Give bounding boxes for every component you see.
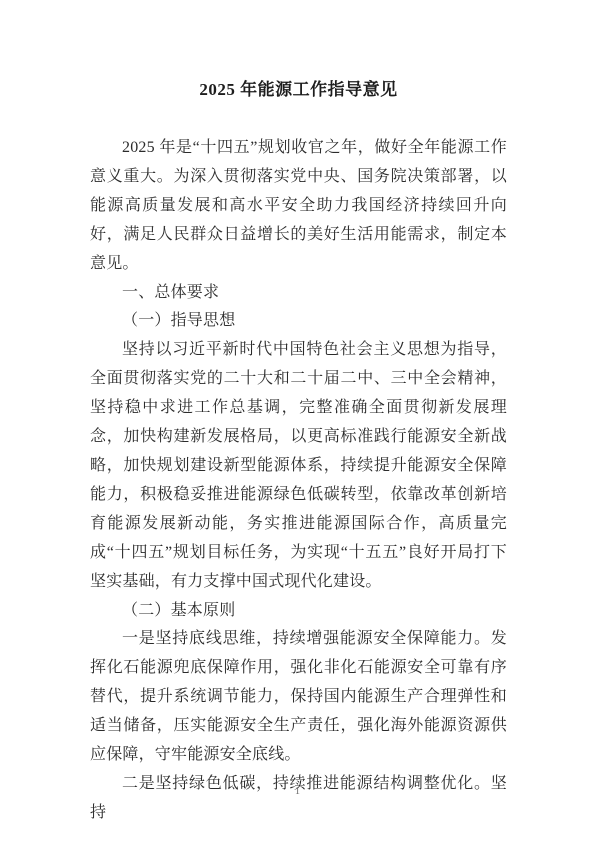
- page-number: 1: [0, 786, 595, 797]
- section-heading: 一、总体要求: [90, 279, 507, 308]
- paragraph: 二是坚持绿色低碳，持续推进能源结构调整优化。坚持: [90, 770, 507, 828]
- paragraph: 2025 年是“十四五”规划收官之年，做好全年能源工作意义重大。为深入贯彻落实党…: [90, 134, 507, 279]
- document-body: 2025 年是“十四五”规划收官之年，做好全年能源工作意义重大。为深入贯彻落实党…: [90, 134, 507, 828]
- section-heading: （二）基本原则: [90, 597, 507, 626]
- document-page: 2025 年能源工作指导意见 2025 年是“十四五”规划收官之年，做好全年能源…: [0, 0, 595, 841]
- paragraph: 一是坚持底线思维，持续增强能源安全保障能力。发挥化石能源兜底保障作用，强化非化石…: [90, 625, 507, 770]
- document-title: 2025 年能源工作指导意见: [90, 78, 507, 102]
- section-heading: （一）指导思想: [90, 307, 507, 336]
- paragraph: 坚持以习近平新时代中国特色社会主义思想为指导，全面贯彻落实党的二十大和二十届二中…: [90, 336, 507, 596]
